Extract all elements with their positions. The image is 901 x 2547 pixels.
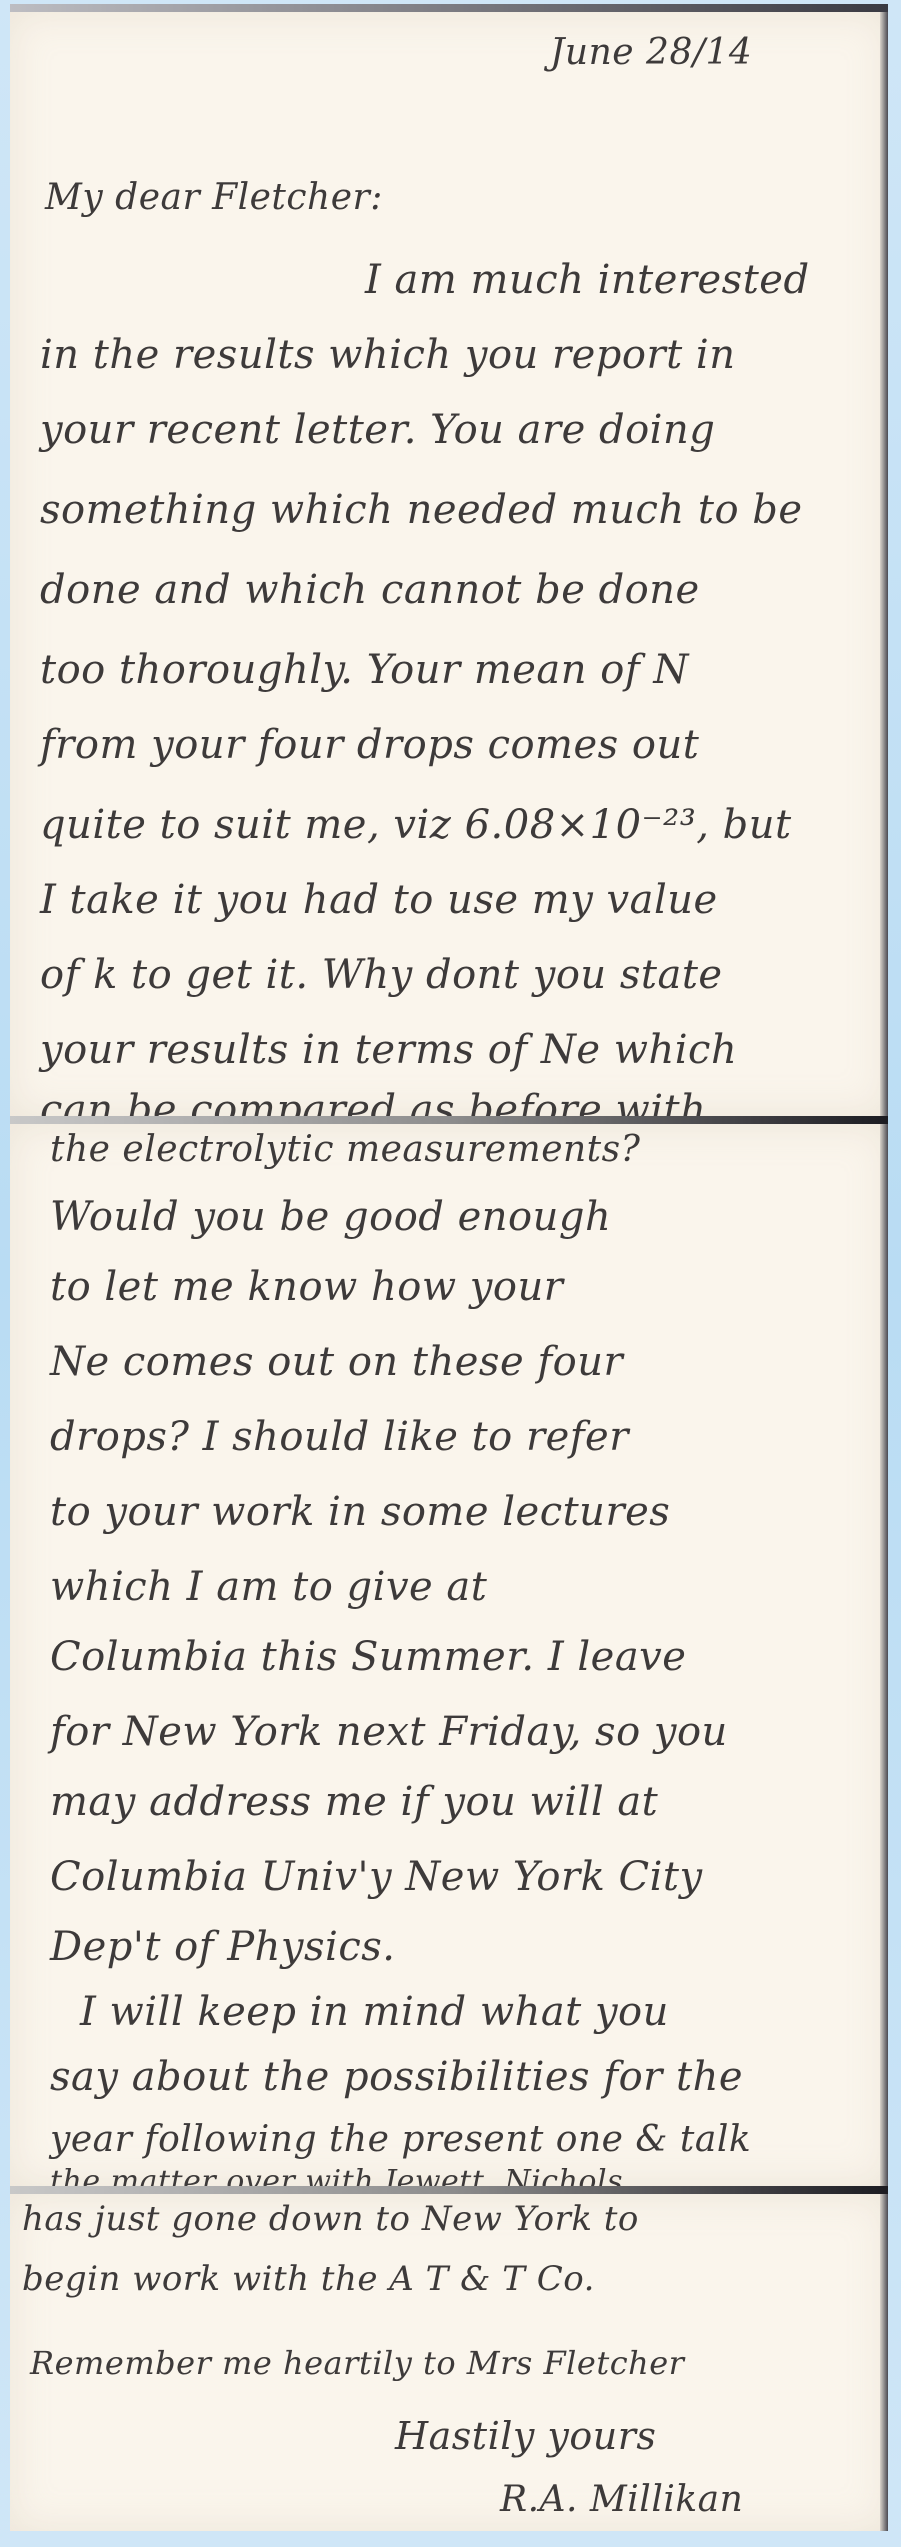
body-line: done and which cannot be done <box>40 567 700 613</box>
body-line: has just gone down to New York to <box>22 2199 639 2239</box>
body-line: Dep't of Physics. <box>50 1924 395 1970</box>
body-line: may address me if you will at <box>50 1779 658 1825</box>
body-line: Remember me heartily to Mrs Fletcher <box>30 2344 684 2382</box>
body-line: your recent letter. You are doing <box>40 407 715 453</box>
letter-frame: June 28/14 My dear Fletcher: I am much i… <box>10 4 888 2539</box>
body-line: of k to get it. Why dont you state <box>40 952 723 998</box>
signature: R.A. Millikan <box>500 2479 743 2520</box>
body-line: Columbia this Summer. I leave <box>50 1634 686 1680</box>
body-line: something which needed much to be <box>40 487 803 533</box>
body-line: drops? I should like to refer <box>50 1414 629 1460</box>
body-line: to let me know how your <box>50 1264 563 1310</box>
body-line: I take it you had to use my value <box>40 877 718 923</box>
body-line: quite to suit me, viz 6.08×10⁻²³, but <box>40 802 792 848</box>
body-line: the matter over with Jewett. Nichols <box>50 2164 623 2186</box>
page-divider <box>10 2186 888 2194</box>
letter-page-2: the electrolytic measurements? Would you… <box>10 1124 888 2186</box>
body-line: can be compared as before with <box>40 1087 706 1117</box>
body-line: for New York next Friday, so you <box>50 1709 728 1755</box>
body-line: Would you be good enough <box>50 1194 611 1240</box>
top-edge <box>10 4 888 12</box>
page-divider <box>10 1116 888 1124</box>
body-line: your results in terms of Ne which <box>40 1027 737 1073</box>
body-line: Columbia Univ'y New York City <box>50 1854 703 1900</box>
body-line: the electrolytic measurements? <box>50 1129 640 1170</box>
body-line: Ne comes out on these four <box>50 1339 623 1385</box>
letter-page-1: June 28/14 My dear Fletcher: I am much i… <box>10 12 888 1116</box>
salutation: My dear Fletcher: <box>45 177 383 218</box>
body-line: I will keep in mind what you <box>80 1989 669 2035</box>
letter-page-3: has just gone down to New York to begin … <box>10 2194 888 2531</box>
body-line: in the results which you report in <box>40 332 735 378</box>
body-line: which I am to give at <box>50 1564 487 1610</box>
body-line: to your work in some lectures <box>50 1489 670 1535</box>
body-line: I am much interested <box>365 257 810 303</box>
body-line: year following the present one & talk <box>50 2119 751 2160</box>
body-line: begin work with the A T & T Co. <box>22 2259 595 2299</box>
body-line: from your four drops comes out <box>40 722 699 768</box>
closing: Hastily yours <box>395 2414 656 2458</box>
body-line: too thoroughly. Your mean of N <box>40 647 689 693</box>
letter-date: June 28/14 <box>550 32 752 73</box>
body-line: say about the possibilities for the <box>50 2054 743 2100</box>
